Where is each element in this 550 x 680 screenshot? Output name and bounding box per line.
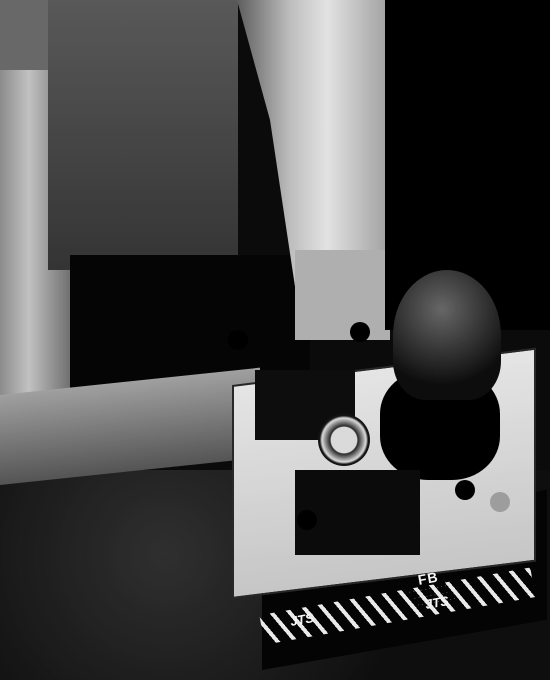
- handle-knob: [455, 480, 475, 500]
- handle-knob: [297, 510, 317, 530]
- handle-knob: [228, 330, 248, 350]
- handle-knob: [350, 322, 370, 342]
- motor-cap: [393, 270, 501, 400]
- pillar-base: [295, 250, 390, 340]
- concrete-pillar-center: [48, 0, 238, 270]
- concrete-block: [0, 0, 50, 70]
- pressure-gauge-icon: [318, 414, 370, 466]
- photo-scene: FB · · · · · · · · · · · · · · · · · · ·…: [0, 0, 550, 680]
- fitting-knob: [490, 492, 510, 512]
